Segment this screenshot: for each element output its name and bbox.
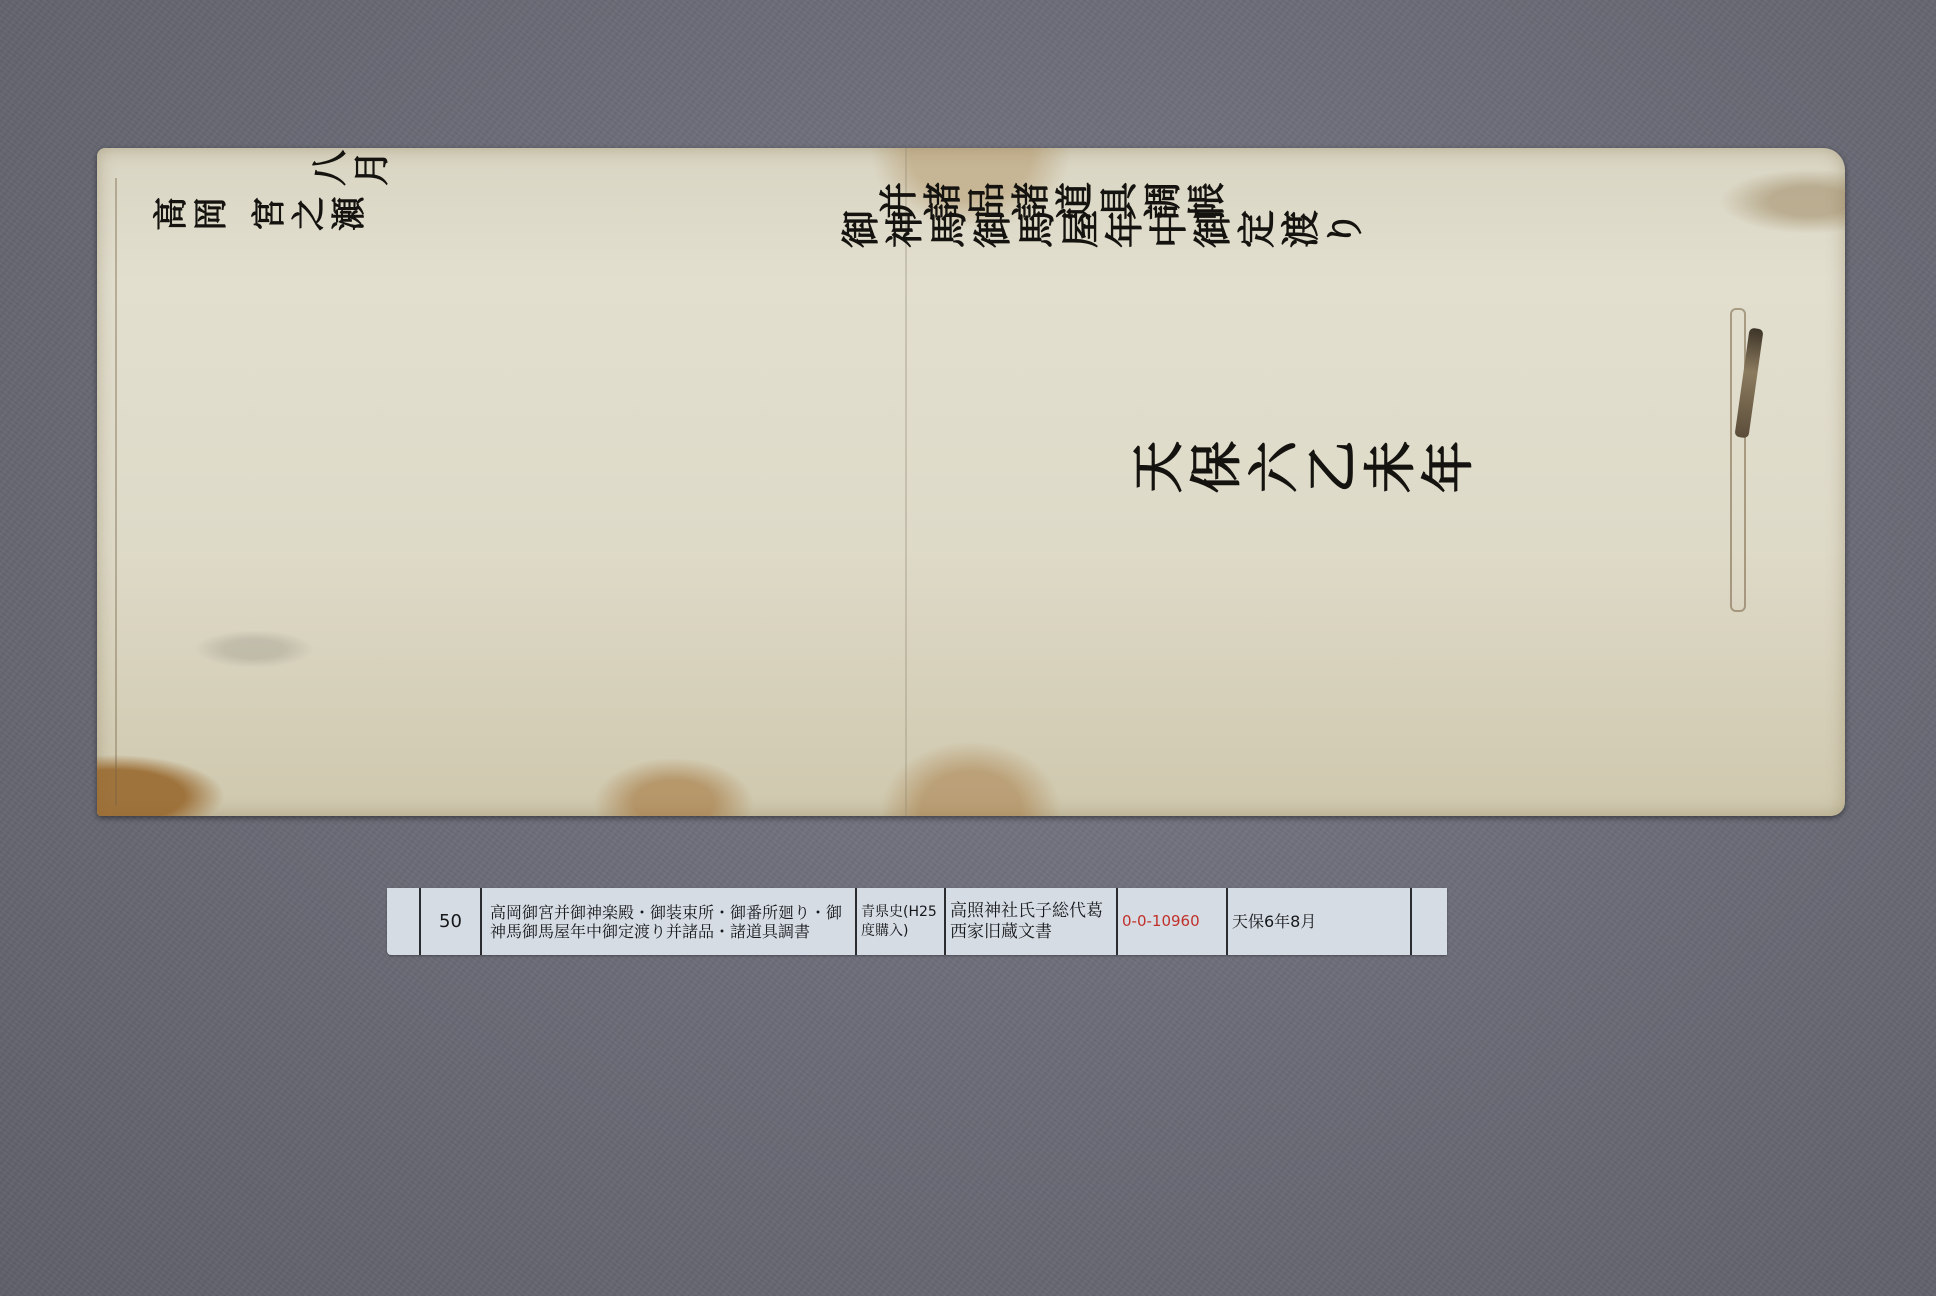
label-item-title: 高岡御宮并御神楽殿・御装束所・御番所廻り・御神馬御馬屋年中御定渡り并諸品・諸道具… — [480, 888, 855, 955]
label-collection: 高照神社氏子総代葛西家旧蔵文書 — [944, 888, 1116, 955]
catalog-label-strip: 50 高岡御宮并御神楽殿・御装束所・御番所廻り・御神馬御馬屋年中御定渡り并諸品・… — [387, 888, 1447, 955]
label-date: 天保6年8月 — [1226, 888, 1410, 955]
owner-column: 高岡 宮之瀬 — [153, 192, 371, 241]
binding-stitch — [1730, 308, 1746, 612]
label-source: 青県史(H25度購入) — [855, 888, 944, 955]
photo-scene: 天保六乙未年 高岡御宮并御神楽殿 御装束所御番所廻り 御神馬御馬屋年中御定渡り … — [0, 0, 1936, 1296]
month-column: 八月 — [311, 148, 395, 196]
booklet-spine — [101, 178, 117, 806]
label-item-number: 50 — [419, 888, 480, 955]
label-blank-lead — [387, 888, 419, 955]
date-column: 天保六乙未年 — [1131, 435, 1479, 510]
title-line-4: 并諸品諸道具調帳 — [879, 177, 1231, 232]
label-catalog-id: 0-0-10960 — [1116, 888, 1226, 955]
label-blank-tail — [1410, 888, 1447, 955]
manuscript-booklet: 天保六乙未年 高岡御宮并御神楽殿 御装束所御番所廻り 御神馬御馬屋年中御定渡り … — [97, 148, 1845, 816]
title-line-2: 御装束所御番所廻り — [917, 148, 1313, 154]
